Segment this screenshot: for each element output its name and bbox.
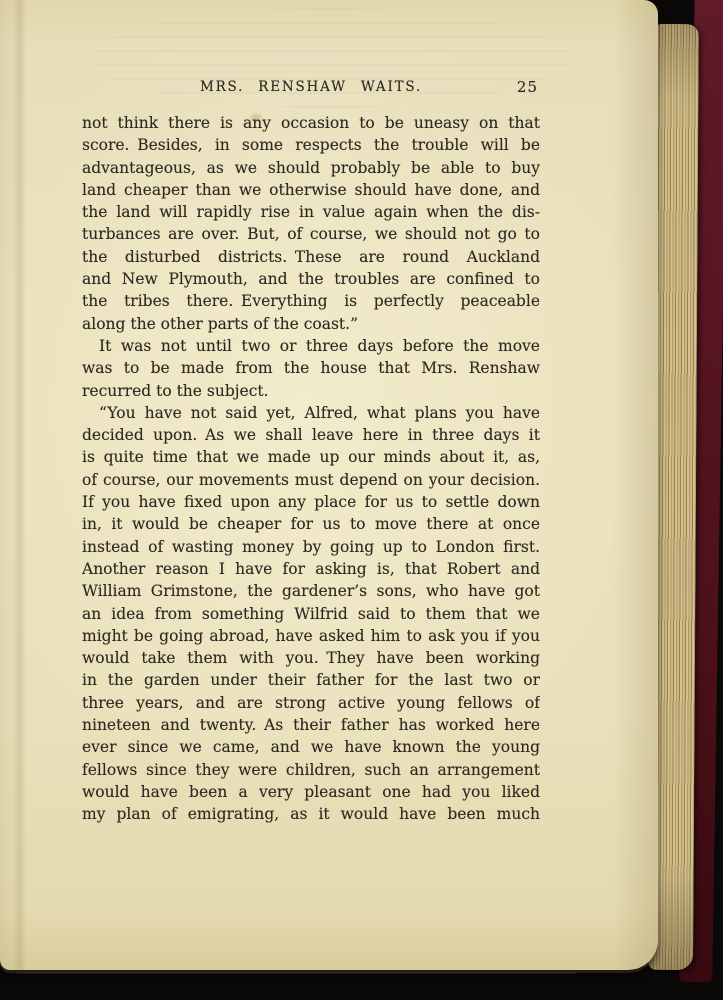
text-line: William Grimstone, the gardener’s sons, … [82,580,540,602]
text-line: was to be made from the house that Mrs. … [82,357,540,379]
text-line: and New Plymouth, and the troubles are c… [82,268,540,290]
book-scan: MRS. RENSHAW WAITS. 25 not think there i… [0,0,723,1000]
text-line: would take them with you. They have been… [82,647,540,669]
text-line: nineteen and twenty. As their father has… [82,714,540,736]
text-line: ever since we came, and we have known th… [82,736,540,758]
text-line: in the garden under their father for the… [82,669,540,691]
text-line: instead of wasting money by going up to … [82,536,540,558]
running-title: MRS. RENSHAW WAITS. [200,79,422,95]
text-line: of course, our movements must depend on … [82,469,540,491]
text-line: score. Besides, in some respects the tro… [82,134,540,156]
text-line: If you have fixed upon any place for us … [82,491,540,513]
text-line: in, it would be cheaper for us to move t… [82,513,540,535]
book-page: MRS. RENSHAW WAITS. 25 not think there i… [0,0,658,970]
surface-edge-line [16,972,576,974]
page-number: 25 [517,78,538,96]
text-line: not think there is any occasion to be un… [82,112,540,134]
text-line: advantageous, as we should probably be a… [82,157,540,179]
text-line: the disturbed districts. These are round… [82,246,540,268]
text-line: the land will rapidly rise in value agai… [82,201,540,223]
text-line: fellows since they were children, such a… [82,759,540,781]
text-line: Another reason I have for asking is, tha… [82,558,540,580]
text-line: along the other parts of the coast.” [82,313,540,335]
text-line: recurred to the subject. [82,380,540,402]
text-line: the tribes there. Everything is perfectl… [82,290,540,312]
text-line: It was not until two or three days befor… [82,335,540,357]
text-line: “You have not said yet, Alfred, what pla… [82,402,540,424]
text-line: turbances are over. But, of course, we s… [82,223,540,245]
text-line: would have been a very pleasant one had … [82,781,540,803]
text-line: decided upon. As we shall leave here in … [82,424,540,446]
text-line: three years, and are strong active young… [82,692,540,714]
text-line: is quite time that we made up our minds … [82,446,540,468]
page-crease [13,0,27,970]
text-line: my plan of emigrating, as it would have … [82,803,540,825]
text-line: might be going abroad, have asked him to… [82,625,540,647]
text-line: an idea from something Wilfrid said to t… [82,603,540,625]
text-line: land cheaper than we otherwise should ha… [82,179,540,201]
running-head: MRS. RENSHAW WAITS. 25 [82,79,540,99]
text-block: not think there is any occasion to be un… [82,112,540,826]
